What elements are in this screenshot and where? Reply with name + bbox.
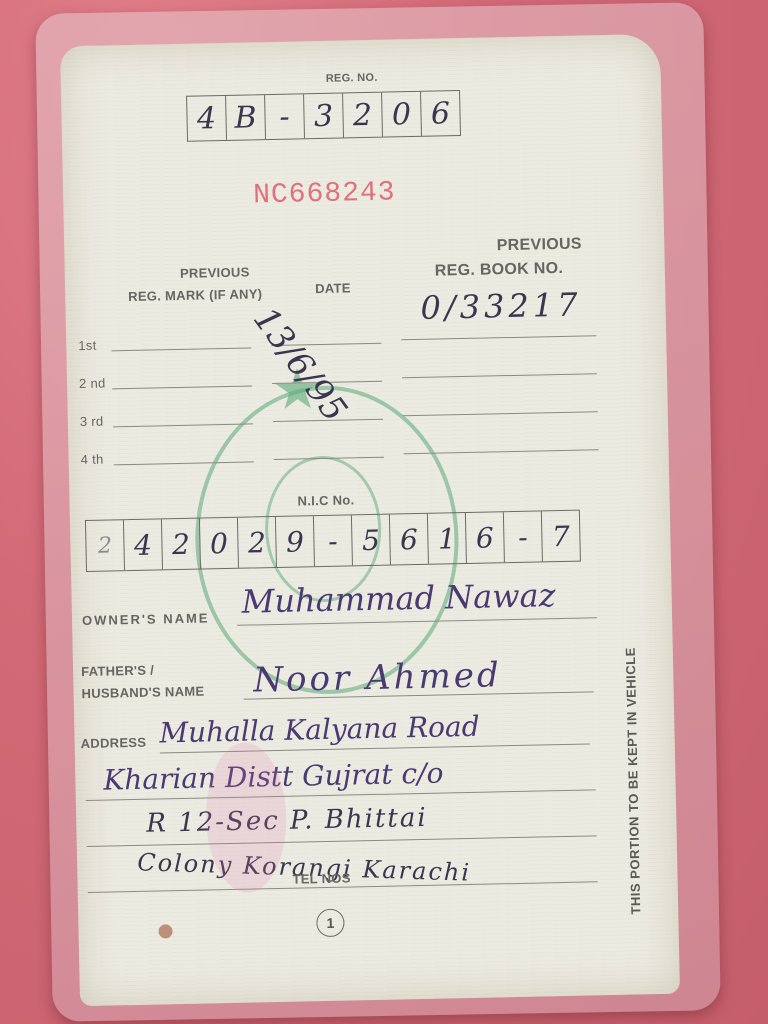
registration-book-page: ★ REG. NO. 4 B - 3 2 0 6 NC668243 PREVIO… bbox=[60, 34, 680, 1006]
father-label-1: FATHER'S / bbox=[81, 663, 154, 680]
nic-char: - bbox=[314, 515, 353, 566]
nic-char: 6 bbox=[466, 512, 505, 563]
previous-book-label-1: PREVIOUS bbox=[459, 235, 619, 256]
reg-no-char: 2 bbox=[343, 93, 383, 138]
nic-boxes: 2 4 2 0 2 9 - 5 6 1 6 - 7 bbox=[85, 510, 581, 572]
previous-book-label-2: REG. BOOK NO. bbox=[435, 260, 564, 281]
nic-char: 2 bbox=[86, 520, 125, 571]
nic-char: 0 bbox=[200, 518, 239, 569]
stain bbox=[158, 924, 172, 938]
nic-char: 4 bbox=[124, 519, 163, 570]
reg-no-char: 6 bbox=[421, 91, 460, 136]
reg-no-char: - bbox=[265, 94, 305, 139]
address-line-3: R 12-Sec P. Bhittai bbox=[146, 803, 428, 839]
reg-no-label: REG. NO. bbox=[326, 72, 378, 85]
nic-char: 1 bbox=[428, 513, 467, 564]
serial-number: NC668243 bbox=[253, 177, 396, 211]
row-label-1st: 1st bbox=[78, 338, 97, 353]
nic-char: 6 bbox=[390, 514, 429, 565]
owner-value: Muhammad Nawaz bbox=[241, 576, 556, 621]
page-number: 1 bbox=[316, 909, 345, 938]
nic-char: 5 bbox=[352, 515, 391, 566]
nic-char: 7 bbox=[542, 511, 580, 562]
reg-no-boxes: 4 B - 3 2 0 6 bbox=[186, 90, 461, 142]
reg-no-char: 4 bbox=[187, 96, 227, 141]
nic-label: N.I.C No. bbox=[297, 492, 354, 508]
nic-char: - bbox=[504, 511, 543, 562]
father-label-2: HUSBAND'S NAME bbox=[81, 684, 204, 702]
reg-no-char: B bbox=[226, 95, 266, 140]
reg-no-char: 0 bbox=[382, 92, 422, 137]
owner-label: OWNER'S NAME bbox=[82, 610, 210, 628]
nic-char: 2 bbox=[238, 517, 277, 568]
nic-char: 2 bbox=[162, 519, 201, 570]
row-label-2nd: 2 nd bbox=[79, 376, 106, 392]
previous-book-value: 0/33217 bbox=[420, 286, 582, 327]
reg-no-char: 3 bbox=[304, 93, 344, 138]
nic-char: 9 bbox=[276, 516, 315, 567]
address-line-1: Muhalla Kalyana Road bbox=[159, 710, 480, 750]
row-label-4th: 4 th bbox=[81, 452, 104, 467]
row-label-3rd: 3 rd bbox=[80, 414, 104, 429]
previous-reg-mark-label-1: PREVIOUS bbox=[130, 263, 300, 282]
keep-in-vehicle-note: THIS PORTION TO BE KEPT IN VEHICLE bbox=[623, 647, 644, 915]
date-label: DATE bbox=[315, 280, 351, 296]
tel-label: TEL NOS bbox=[292, 870, 351, 886]
address-label: ADDRESS bbox=[80, 735, 146, 751]
